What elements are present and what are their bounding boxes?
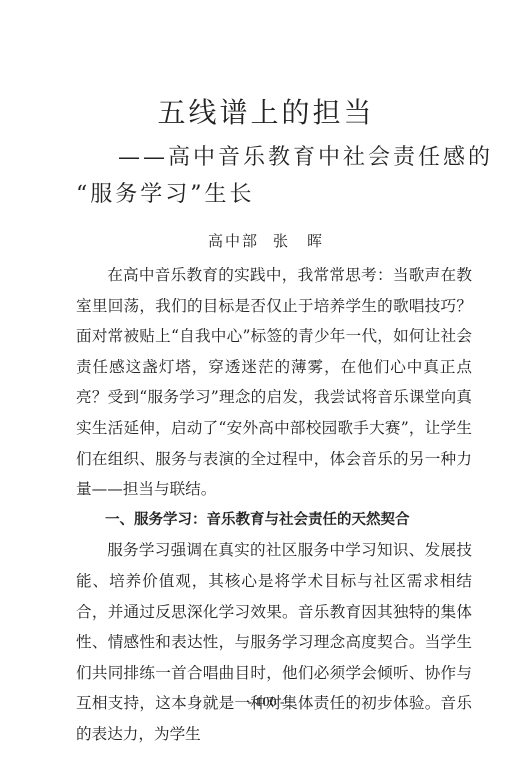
- article-subtitle-line1: ——高中音乐教育中社会责任感的: [118, 140, 493, 171]
- article-body: 在高中音乐教育的实践中，我常常思考：当歌声在教室里回荡，我们的目标是否仅止于培养…: [76, 260, 472, 750]
- article-title: 五线谱上的担当: [0, 91, 532, 131]
- page-number: - 100 -: [0, 695, 532, 711]
- section-paragraph: 服务学习强调在真实的社区服务中学习知识、发展技能、培养价值观，其核心是将学术目标…: [76, 535, 472, 749]
- article-subtitle-line2: “服务学习”生长: [76, 177, 255, 208]
- author-department: 高中部: [208, 232, 259, 250]
- author-name: 张 晖: [273, 232, 324, 250]
- intro-paragraph: 在高中音乐教育的实践中，我常常思考：当歌声在教室里回荡，我们的目标是否仅止于培养…: [76, 260, 472, 505]
- section-heading: 一、服务学习：音乐教育与社会责任的天然契合: [76, 505, 472, 536]
- author-line: 高中部张 晖: [0, 230, 532, 251]
